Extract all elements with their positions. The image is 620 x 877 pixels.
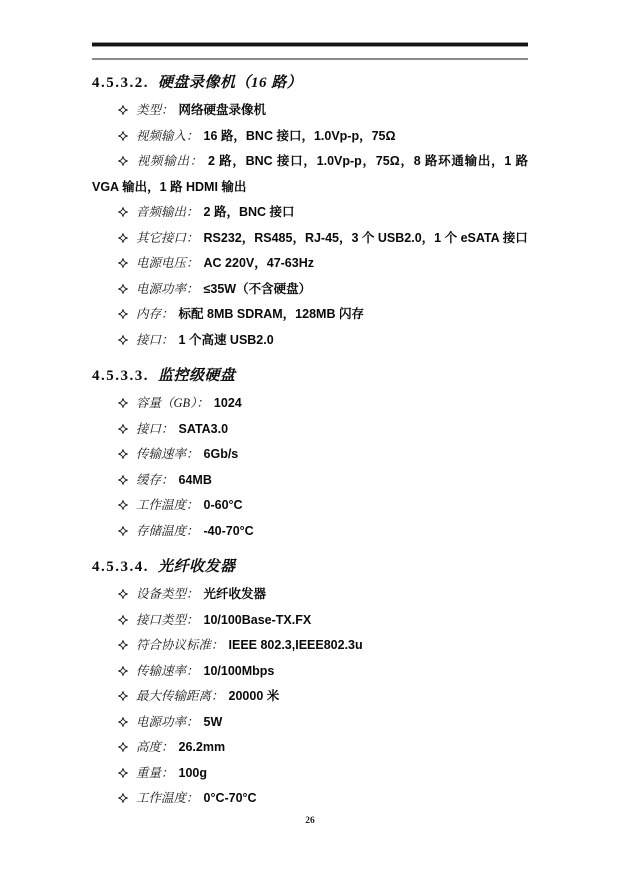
- spec-item: 视频输入：16 路，BNC 接口，1.0Vp-p，75Ω: [92, 124, 528, 150]
- spec-item: 传输速率：6Gb/s: [92, 442, 528, 468]
- four-pointed-star-icon: [118, 768, 128, 778]
- spec-label: 最大传输距离：: [136, 689, 224, 703]
- spec-label: 视频输出：: [136, 154, 203, 168]
- spec-item: 电源电压：AC 220V，47-63Hz: [92, 251, 528, 277]
- four-pointed-star-icon: [118, 398, 128, 408]
- spec-label: 电源功率：: [136, 715, 199, 729]
- four-pointed-star-icon: [118, 258, 128, 268]
- spec-label: 接口：: [136, 333, 174, 347]
- spec-label: 符合协议标准：: [136, 638, 224, 652]
- four-pointed-star-icon: [118, 615, 128, 625]
- sections-container: 4.5.3.2.硬盘录像机（16 路） 类型：网络硬盘录像机 视频输入：16 路…: [92, 71, 528, 812]
- four-pointed-star-icon: [118, 309, 128, 319]
- spec-value: 5W: [204, 715, 223, 729]
- spec-list: 类型：网络硬盘录像机 视频输入：16 路，BNC 接口，1.0Vp-p，75Ω …: [92, 98, 528, 353]
- spec-item: 工作温度：0°C-70°C: [92, 786, 528, 812]
- section-title: 硬盘录像机（16 路）: [158, 75, 302, 91]
- four-pointed-star-icon: [118, 156, 128, 166]
- spec-item: 音频输出：2 路，BNC 接口: [92, 200, 528, 226]
- section-number: 4.5.3.3.: [92, 368, 149, 384]
- spec-label: 电源电压：: [136, 256, 199, 270]
- spec-label: 设备类型：: [136, 587, 199, 601]
- spec-label: 接口类型：: [136, 613, 199, 627]
- document-body: 4.5.3.2.硬盘录像机（16 路） 类型：网络硬盘录像机 视频输入：16 路…: [92, 42, 528, 812]
- four-pointed-star-icon: [118, 589, 128, 599]
- header-rule-thick: [92, 42, 528, 47]
- spec-label: 缓存：: [136, 473, 174, 487]
- spec-label: 电源功率：: [136, 282, 199, 296]
- spec-item: 接口类型：10/100Base-TX.FX: [92, 608, 528, 634]
- page-number: 26: [0, 816, 620, 826]
- spec-value: AC 220V，47-63Hz: [204, 256, 314, 270]
- spec-label: 传输速率：: [136, 447, 199, 461]
- spec-item: 接口：SATA3.0: [92, 417, 528, 443]
- spec-label: 音频输出：: [136, 205, 199, 219]
- spec-value: SATA3.0: [179, 422, 229, 436]
- four-pointed-star-icon: [118, 793, 128, 803]
- four-pointed-star-icon: [118, 691, 128, 701]
- spec-value: 100g: [179, 766, 208, 780]
- spec-item: 容量（GB）：1024: [92, 391, 528, 417]
- spec-value: 26.2mm: [179, 740, 226, 754]
- spec-label: 传输速率：: [136, 664, 199, 678]
- spec-value: 16 路，BNC 接口，1.0Vp-p，75Ω: [204, 129, 396, 143]
- spec-value: 10/100Base-TX.FX: [204, 613, 312, 627]
- spec-label: 工作温度：: [136, 498, 199, 512]
- spec-label: 重量：: [136, 766, 174, 780]
- four-pointed-star-icon: [118, 666, 128, 676]
- spec-value: 标配 8MB SDRAM，128MB 闪存: [179, 307, 364, 321]
- spec-value: ≤35W（不含硬盘）: [204, 282, 312, 296]
- spec-item: 重量：100g: [92, 761, 528, 787]
- spec-label: 其它接口：: [136, 231, 199, 245]
- spec-value: 0°C-70°C: [204, 791, 257, 805]
- spec-item: 视频输出：2 路，BNC 接口，1.0Vp-p，75Ω，8 路环通输出，1 路 …: [92, 149, 528, 200]
- four-pointed-star-icon: [118, 717, 128, 727]
- spec-label: 内存：: [136, 307, 174, 321]
- spec-item: 存储温度：-40-70°C: [92, 519, 528, 545]
- document-page: 4.5.3.2.硬盘录像机（16 路） 类型：网络硬盘录像机 视频输入：16 路…: [0, 0, 620, 877]
- spec-value: 光纤收发器: [204, 587, 267, 601]
- spec-value: IEEE 802.3,IEEE802.3u: [229, 638, 363, 652]
- spec-label: 高度：: [136, 740, 174, 754]
- spec-item: 类型：网络硬盘录像机: [92, 98, 528, 124]
- spec-item: 工作温度：0-60°C: [92, 493, 528, 519]
- four-pointed-star-icon: [118, 500, 128, 510]
- spec-item: 设备类型：光纤收发器: [92, 582, 528, 608]
- four-pointed-star-icon: [118, 526, 128, 536]
- four-pointed-star-icon: [118, 640, 128, 650]
- spec-label: 存储温度：: [136, 524, 199, 538]
- spec-item: 符合协议标准：IEEE 802.3,IEEE802.3u: [92, 633, 528, 659]
- spec-item: 电源功率：≤35W（不含硬盘）: [92, 277, 528, 303]
- four-pointed-star-icon: [118, 284, 128, 294]
- spec-section: 4.5.3.3.监控级硬盘 容量（GB）：1024 接口：SATA3.0 传输速…: [92, 364, 528, 544]
- four-pointed-star-icon: [118, 207, 128, 217]
- spec-label: 视频输入：: [136, 129, 199, 143]
- four-pointed-star-icon: [118, 449, 128, 459]
- spec-item: 传输速率：10/100Mbps: [92, 659, 528, 685]
- spec-item: 内存：标配 8MB SDRAM，128MB 闪存: [92, 302, 528, 328]
- four-pointed-star-icon: [118, 105, 128, 115]
- spec-section: 4.5.3.4.光纤收发器 设备类型：光纤收发器 接口类型：10/100Base…: [92, 555, 528, 812]
- spec-item: 电源功率：5W: [92, 710, 528, 736]
- four-pointed-star-icon: [118, 335, 128, 345]
- spec-section: 4.5.3.2.硬盘录像机（16 路） 类型：网络硬盘录像机 视频输入：16 路…: [92, 71, 528, 353]
- spec-item: 其它接口：RS232，RS485，RJ-45，3 个 USB2.0，1 个 eS…: [92, 226, 528, 252]
- spec-value: 10/100Mbps: [204, 664, 275, 678]
- section-heading: 4.5.3.4.光纤收发器: [92, 555, 528, 579]
- four-pointed-star-icon: [118, 475, 128, 485]
- spec-value: 2 路，BNC 接口: [204, 205, 295, 219]
- spec-value: 1 个高速 USB2.0: [179, 333, 274, 347]
- spec-list: 设备类型：光纤收发器 接口类型：10/100Base-TX.FX 符合协议标准：…: [92, 582, 528, 812]
- four-pointed-star-icon: [118, 742, 128, 752]
- section-title: 监控级硬盘: [158, 368, 236, 384]
- spec-value: -40-70°C: [204, 524, 254, 538]
- section-number: 4.5.3.2.: [92, 75, 149, 91]
- section-heading: 4.5.3.2.硬盘录像机（16 路）: [92, 71, 528, 95]
- four-pointed-star-icon: [118, 233, 128, 243]
- spec-label: 类型：: [136, 103, 174, 117]
- spec-item: 接口：1 个高速 USB2.0: [92, 328, 528, 354]
- spec-item: 缓存：64MB: [92, 468, 528, 494]
- spec-value: 20000 米: [229, 689, 280, 703]
- spec-item: 高度：26.2mm: [92, 735, 528, 761]
- spec-list: 容量（GB）：1024 接口：SATA3.0 传输速率：6Gb/s 缓存：64M…: [92, 391, 528, 544]
- spec-value: 网络硬盘录像机: [179, 103, 267, 117]
- four-pointed-star-icon: [118, 131, 128, 141]
- spec-value: RS232，RS485，RJ-45，3 个 USB2.0，1 个 eSATA 接…: [204, 231, 528, 245]
- header-rule-thin: [92, 58, 528, 60]
- spec-label: 接口：: [136, 422, 174, 436]
- spec-value: 1024: [214, 396, 242, 410]
- spec-value: 6Gb/s: [204, 447, 239, 461]
- spec-label: 容量（GB）：: [136, 396, 209, 410]
- section-number: 4.5.3.4.: [92, 559, 149, 575]
- spec-item: 最大传输距离：20000 米: [92, 684, 528, 710]
- section-title: 光纤收发器: [158, 559, 236, 575]
- spec-value: 64MB: [179, 473, 212, 487]
- four-pointed-star-icon: [118, 424, 128, 434]
- section-heading: 4.5.3.3.监控级硬盘: [92, 364, 528, 388]
- spec-label: 工作温度：: [136, 791, 199, 805]
- spec-value: 0-60°C: [204, 498, 243, 512]
